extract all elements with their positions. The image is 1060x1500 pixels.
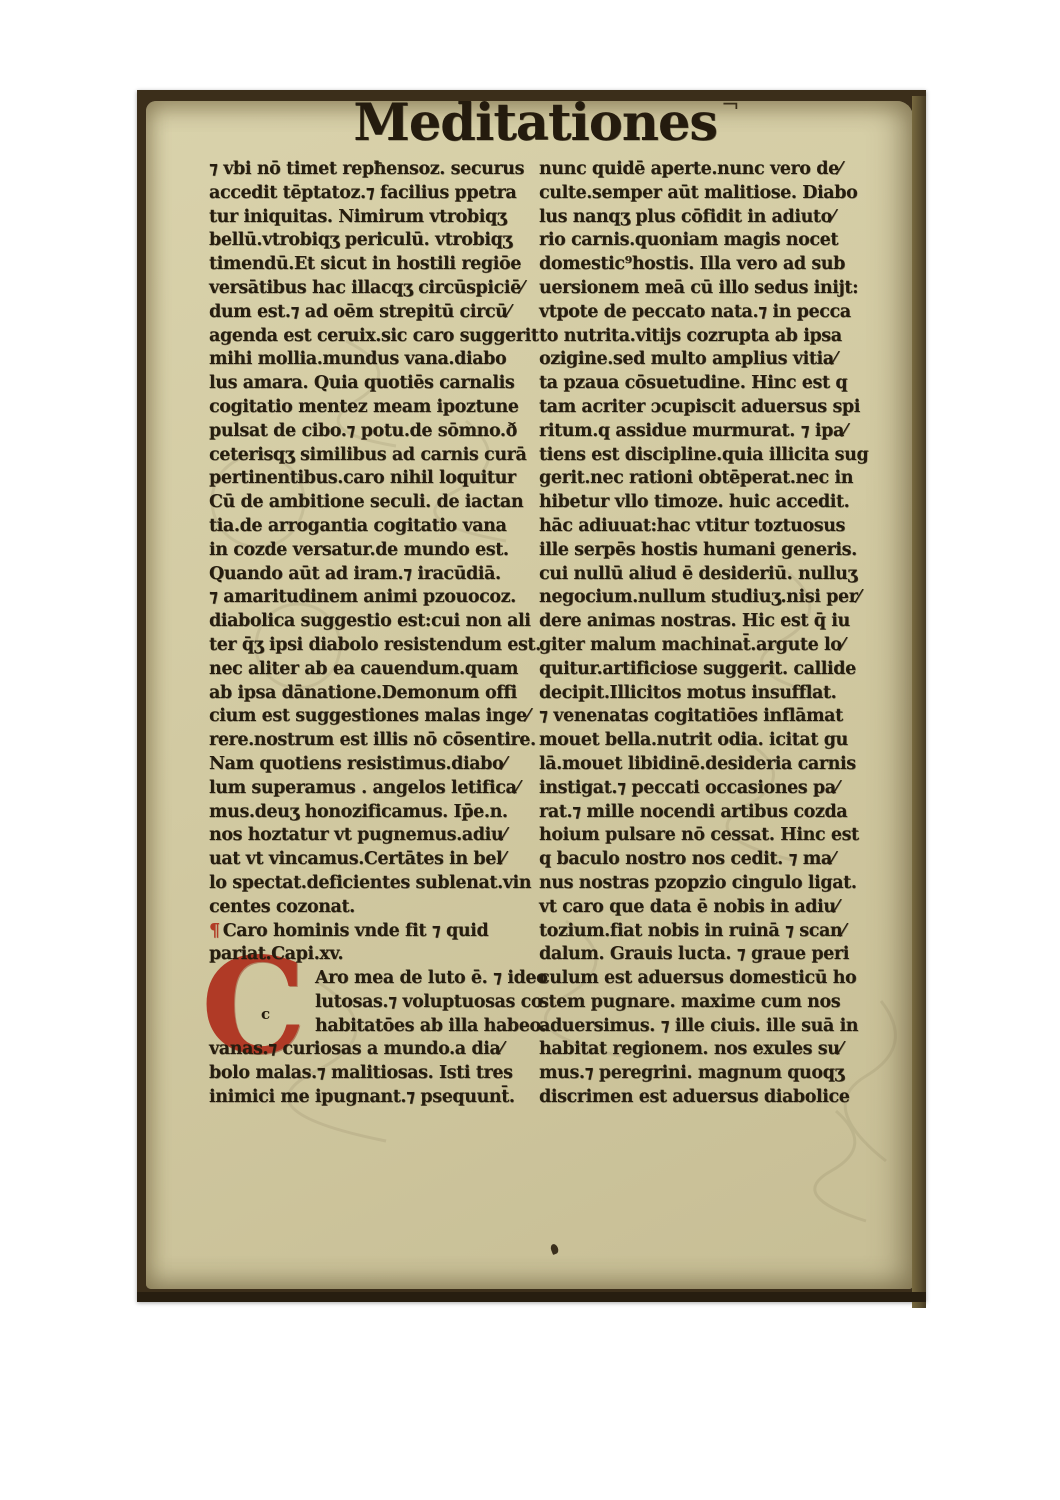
text-line: rio carnis.quoniam magis nocet — [539, 230, 889, 254]
left-column-lines: ⁊ vbi nō timet repħensoz. securusaccedit… — [209, 159, 541, 1111]
text-line: pertinentibus.caro nihil loquitur — [209, 468, 541, 492]
text-line: mus.deuʒ honozificamus. Ip̄e.n. — [209, 802, 541, 826]
text-line: lutosas.⁊ voluptuosas co — [209, 992, 541, 1016]
text-line: quitur.artificiose suggerit. callide — [539, 659, 889, 683]
text-line: uat vt vincamus.Certātes in bel⁄ — [209, 849, 541, 873]
right-column-lines: nunc quidē aperte.nunc vero de⁄culte.sem… — [539, 159, 889, 1111]
book-board-background: Meditationes¬ C c ⁊ vbi nō timet repħens… — [137, 90, 926, 1302]
text-line: timendū.Et sicut in hostili regiōe — [209, 254, 541, 278]
text-column-right: nunc quidē aperte.nunc vero de⁄culte.sem… — [539, 159, 889, 1111]
text-line: bellū.vtrobiqʒ periculū. vtrobiqʒ — [209, 230, 541, 254]
text-line: Nam quotiens resistimus.diabo⁄ — [209, 754, 541, 778]
text-line: habitat regionem. nos exules su⁄ — [539, 1039, 889, 1063]
text-line: dere animas nostras. Hic est q̄ iu — [539, 611, 889, 635]
text-line: uersionem meā cū illo sedus inijt: — [539, 278, 889, 302]
text-line: centes cozonat. — [209, 897, 541, 921]
text-line: dalum. Grauis lucta. ⁊ graue peri — [539, 944, 889, 968]
text-line: ceterisqʒ similibus ad carnis curā — [209, 445, 541, 469]
text-line: nos hoztatur vt pugnemus.adiu⁄ — [209, 825, 541, 849]
text-line: versātibus hac illacqʒ circūspiciē⁄ — [209, 278, 541, 302]
text-line: ta pzaua cōsuetudine. Hinc est q — [539, 373, 889, 397]
text-line: to nutrita.vitijs cozrupta ab ipsa — [539, 326, 889, 350]
text-line: stem pugnare. maxime cum nos — [539, 992, 889, 1016]
text-line: hibetur vllo timoze. huic accedit. — [539, 492, 889, 516]
text-line: pulsat de cibo.⁊ potu.de sōmno.ð — [209, 421, 541, 445]
text-line: ⁊ venenatas cogitatiōes inflāmat — [539, 706, 889, 730]
text-line: mus.⁊ peregrini. magnum quoqʒ — [539, 1063, 889, 1087]
text-line: Quando aūt ad iram.⁊ iracūdiā. — [209, 564, 541, 588]
text-line: Aro mea de luto ē. ⁊ ideo — [209, 968, 541, 992]
text-line: tiens est discipline.quia illicita sug — [539, 445, 889, 469]
text-line: lo spectat.deficientes sublenat.vin — [209, 873, 541, 897]
text-line: accedit tēptatoz.⁊ facilius ppetra — [209, 183, 541, 207]
text-line: bolo malas.⁊ malitiosas. Isti tres — [209, 1063, 541, 1087]
text-line: negocium.nullum studiuʒ.nisi per⁄ — [539, 587, 889, 611]
text-line: lus nanqʒ plus cōfidit in adiuto⁄ — [539, 207, 889, 231]
text-line: lus amara. Quia quotiēs carnalis — [209, 373, 541, 397]
text-line: vanas.⁊ curiosas a mundo.a dia⁄ — [209, 1039, 541, 1063]
page-title: Meditationes — [353, 93, 717, 153]
text-line: agenda est ceruix.sic caro suggerit — [209, 326, 541, 350]
text-line: ⁊ amaritudinem animi pzouocoz. — [209, 587, 541, 611]
text-line: hoium pulsare nō cessat. Hinc est — [539, 825, 889, 849]
text-line: ritum.q assidue murmurat. ⁊ ipa⁄ — [539, 421, 889, 445]
text-line: ¶Caro hominis vnde fit ⁊ quid — [209, 921, 541, 945]
text-line: vt caro que data ē nobis in adiu⁄ — [539, 897, 889, 921]
book-page: Meditationes¬ C c ⁊ vbi nō timet repħens… — [146, 101, 913, 1289]
text-line: aduersimus. ⁊ ille ciuis. ille suā in — [539, 1016, 889, 1040]
text-line: cogitatio mentez meam ipoztune — [209, 397, 541, 421]
text-line: cium est suggestiones malas inge⁄ — [209, 706, 541, 730]
text-line: gerit.nec rationi obtēperat.nec in — [539, 468, 889, 492]
text-line: giter malum machinat̄.argute lo⁄ — [539, 635, 889, 659]
text-line: discrimen est aduersus diabolice — [539, 1087, 889, 1111]
ink-speck — [549, 1243, 559, 1255]
text-line: inimici me ipugnant.⁊ psequunt̄. — [209, 1087, 541, 1111]
text-line: decipit.Illicitos motus insufflat. — [539, 683, 889, 707]
text-line: domestic⁹hostis. Illa vero ad sub — [539, 254, 889, 278]
text-line: tur iniquitas. Nimirum vtrobiqʒ — [209, 207, 541, 231]
text-column-left: C c ⁊ vbi nō timet repħensoz. securusacc… — [209, 159, 541, 1111]
text-line: vtpote de peccato nata.⁊ in pecca — [539, 302, 889, 326]
text-line: tam acriter ɔcupiscit aduersus spi — [539, 397, 889, 421]
text-line: ozigine.sed multo amplius vitia⁄ — [539, 349, 889, 373]
text-line: ab ipsa dānatione.Demonum offi — [209, 683, 541, 707]
text-line: diabolica suggestio est:cui non ali — [209, 611, 541, 635]
text-line: hāc adiuuat:hac vtitur toztuosus — [539, 516, 889, 540]
text-line: cui nullū aliud ē desideriū. nulluʒ — [539, 564, 889, 588]
text-line: ter q̄ʒ ipsi diabolo resistendum est. — [209, 635, 541, 659]
text-line: Cū de ambitione seculi. de iactan — [209, 492, 541, 516]
drop-cap-guide-letter: c — [261, 1005, 270, 1023]
text-line: mouet bella.nutrit odia. icitat gu — [539, 730, 889, 754]
text-line: ⁊ vbi nō timet repħensoz. securus — [209, 159, 541, 183]
text-line: culum est aduersus domesticū ho — [539, 968, 889, 992]
text-line: in cozde versatur.de mundo est. — [209, 540, 541, 564]
text-line: nec aliter ab ea cauendum.quam — [209, 659, 541, 683]
text-line: rere.nostrum est illis nō cōsentire. — [209, 730, 541, 754]
page-edge-gutter — [912, 96, 926, 1308]
title-flourish: ¬ — [721, 93, 739, 118]
text-line: nus nostras pzopzio cingulo ligat. — [539, 873, 889, 897]
text-line: q baculo nostro nos cedit. ⁊ ma⁄ — [539, 849, 889, 873]
text-line: culte.semper aūt malitiose. Diabo — [539, 183, 889, 207]
chapter-heading-text: Caro hominis vnde fit ⁊ quid — [223, 921, 489, 941]
text-line: tozium.fiat nobis in ruinā ⁊ scan⁄ — [539, 921, 889, 945]
text-line: lā.mouet libidinē.desideria carnis — [539, 754, 889, 778]
text-line: tia.de arrogantia cogitatio vana — [209, 516, 541, 540]
text-line: nunc quidē aperte.nunc vero de⁄ — [539, 159, 889, 183]
text-line: instigat.⁊ peccati occasiones pa⁄ — [539, 778, 889, 802]
pilcrow-mark: ¶ — [209, 921, 220, 941]
text-line: dum est.⁊ ad oēm strepitū circū⁄ — [209, 302, 541, 326]
board-bottom-shadow — [137, 1292, 926, 1302]
text-line: pariat.Capi.xv. — [209, 944, 541, 968]
text-line: lum superamus . angelos letifica⁄ — [209, 778, 541, 802]
text-line: mihi mollia.mundus vana.diabo — [209, 349, 541, 373]
text-line: habitatōes ab illa habeo. — [209, 1016, 541, 1040]
text-line: ille serpēs hostis humani generis. — [539, 540, 889, 564]
page-header: Meditationes¬ — [146, 93, 913, 153]
text-line: rat.⁊ mille nocendi artibus cozda — [539, 802, 889, 826]
scanned-book-photo: Meditationes¬ C c ⁊ vbi nō timet repħens… — [0, 0, 1060, 1500]
